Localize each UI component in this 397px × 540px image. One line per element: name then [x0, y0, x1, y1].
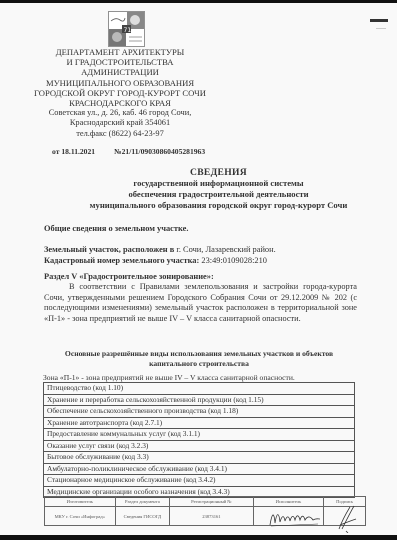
cadastral-label: Кадастровый номер земельного участка: [44, 256, 199, 265]
address-line: Советская ул., д. 26, каб. 46 город Сочи… [0, 108, 240, 118]
plot-location-value: г. Сочи, Лазаревский район. [174, 245, 275, 254]
address-line: Краснодарский край 354061 [0, 118, 240, 128]
header-line: КРАСНОДАРСКОГО КРАЯ [0, 98, 240, 108]
zoning-heading: Раздел V «Градостроительное зонирование»… [44, 272, 214, 281]
document-date: от 18.11.2021 [52, 147, 95, 156]
cadastral-number: Кадастровый номер земельного участка: 23… [44, 256, 267, 265]
stamp-value-cell: Сведения ГИСОГД [115, 507, 170, 526]
sochi-coat-of-arms-icon: 71 [108, 11, 145, 47]
stamp-header-cell: Регистрационный № [170, 497, 253, 507]
table-cell: Предоставление коммунальных услуг (код 3… [44, 429, 355, 441]
table-row: Хранение и переработка сельскохозяйствен… [44, 394, 355, 406]
scan-mark [376, 28, 386, 29]
title-main: СВЕДЕНИЯ [40, 167, 397, 178]
phone-fax: тел.факс (8622) 64-23-97 [0, 129, 240, 139]
stamp-value-cell: МКУ г. Сочи «Инфоград» [45, 507, 116, 526]
table-cell: Обеспечение сельскохозяйственного произв… [44, 406, 355, 418]
table-cell: Хранение и переработка сельскохозяйствен… [44, 394, 355, 406]
stamp-header-cell: Раздел документа [115, 497, 170, 507]
department-header: ДЕПАРТАМЕНТ АРХИТЕКТУРЫ И ГРАДОСТРОИТЕЛЬ… [0, 47, 240, 139]
header-line: И ГРАДОСТРОИТЕЛЬСТВА [0, 57, 240, 67]
header-line: ДЕПАРТАМЕНТ АРХИТЕКТУРЫ [0, 47, 240, 57]
table-cell: Птицеводство (код 1.10) [44, 383, 355, 395]
table-row: Оказание услуг связи (код 3.2.3) [44, 440, 355, 452]
cadastral-value: 23:49:0109028:210 [199, 256, 267, 265]
permitted-uses-title-line: Основные разрешённые виды использования … [44, 349, 354, 359]
document-page: 71 ДЕПАРТАМЕНТ АРХИТЕКТУРЫ И ГРАДОСТРОИТ… [0, 3, 397, 535]
table-row: Хранение автотранспорта (код 2.7.1) [44, 417, 355, 429]
header-line: МУНИЦИПАЛЬНОГО ОБРАЗОВАНИЯ [0, 78, 240, 88]
svg-text:71: 71 [124, 27, 132, 34]
title-line: муниципального образования городской окр… [40, 200, 397, 211]
title-line: обеспечения градостроительной деятельнос… [40, 189, 397, 200]
permitted-uses-table: Птицеводство (код 1.10) Хранение и перер… [43, 382, 355, 498]
executor-signature-icon [268, 507, 324, 529]
stamp-header-cell: Исполнитель [253, 497, 324, 507]
permitted-uses-title-line: капитального строительства [44, 359, 354, 369]
table-row: Амбулаторно-поликлиническое обслуживание… [44, 463, 355, 475]
plot-location: Земельный участок, расположен в г. Сочи,… [44, 245, 276, 254]
table-row: Птицеводство (код 1.10) [44, 383, 355, 395]
title-line: государственной информационной системы [40, 178, 397, 189]
scan-mark [370, 19, 388, 22]
table-cell: Амбулаторно-поликлиническое обслуживание… [44, 463, 355, 475]
signature-icon [336, 503, 360, 533]
zone-caption: Зона «П-1» - зона предприятий не выше IV… [43, 373, 295, 382]
zoning-paragraph: В соответствии с Правилами землепользова… [44, 282, 357, 324]
document-reference: от 18.11.2021 №21/11/09030860405281963 [52, 147, 205, 156]
table-cell: Стационарное медицинское обслуживание (к… [44, 475, 355, 487]
stamp-header-cell: Изготовитель [45, 497, 116, 507]
stamp-value-cell: 23873161 [170, 507, 253, 526]
table-row: Бытовое обслуживание (код 3.3) [44, 452, 355, 464]
table-cell: Хранение автотранспорта (код 2.7.1) [44, 417, 355, 429]
header-line: ГОРОДСКОЙ ОКРУГ ГОРОД-КУРОРТ СОЧИ [0, 88, 240, 98]
permitted-uses-title: Основные разрешённые виды использования … [44, 349, 354, 369]
table-row: Предоставление коммунальных услуг (код 3… [44, 429, 355, 441]
table-row: Обеспечение сельскохозяйственного произв… [44, 406, 355, 418]
table-cell: Бытовое обслуживание (код 3.3) [44, 452, 355, 464]
general-info-heading: Общие сведения о земельном участке. [44, 224, 188, 233]
stamp-header-row: Изготовитель Раздел документа Регистраци… [45, 497, 366, 507]
plot-location-label: Земельный участок, расположен в [44, 245, 174, 254]
document-number: №21/11/09030860405281963 [114, 147, 205, 156]
table-cell: Оказание услуг связи (код 3.2.3) [44, 440, 355, 452]
header-line: АДМИНИСТРАЦИИ [0, 67, 240, 77]
table-row: Стационарное медицинское обслуживание (к… [44, 475, 355, 487]
document-title: СВЕДЕНИЯ государственной информационной … [40, 167, 397, 211]
